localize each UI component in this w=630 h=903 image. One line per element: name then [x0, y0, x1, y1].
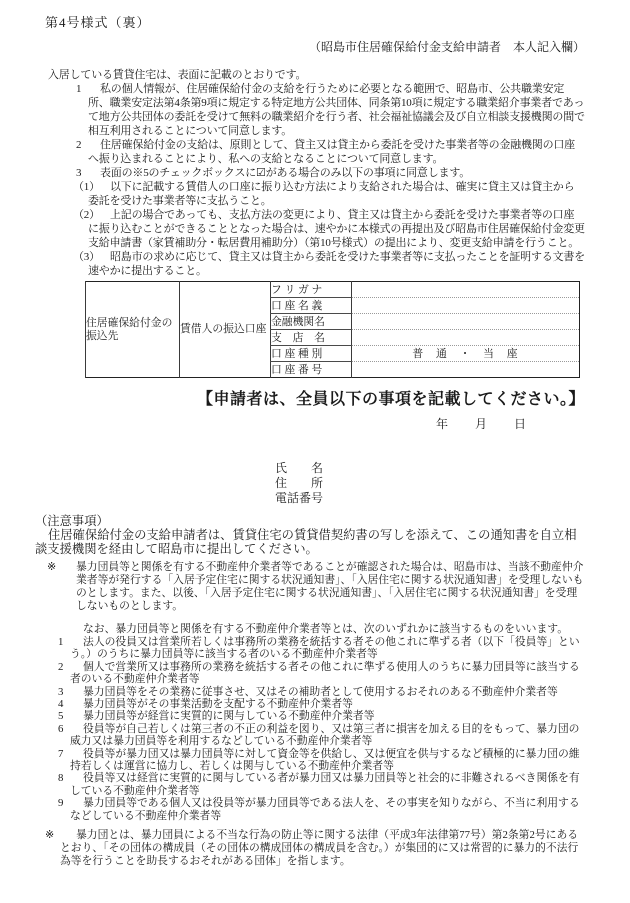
note-gang-brokers: ※暴力団員等と関係を有する不動産仲介業者等であることが確認された場合は、昭島市は…: [45, 561, 585, 613]
consent-subitem-2: （2）上記の場合であっても、支払方法の変更により、貸主又は貸主から委託を受けた事…: [45, 208, 585, 250]
account-type-label: 口 座 種 別: [271, 346, 352, 362]
note-item-number: 6: [58, 723, 83, 735]
note-item-2: 2個人で営業所又は事務所の業務を統括する者その他これに準ずる使用人のうちに暴力団…: [45, 661, 585, 686]
consent-section: 入居している賃貸住宅は、表面に記載のとおりです。 1私の個人情報が、住居確保給付…: [45, 68, 585, 278]
applicant-fields: 氏 名 住 所 電話番号: [275, 461, 585, 506]
consent-intro: 入居している賃貸住宅は、表面に記載のとおりです。: [45, 68, 585, 82]
account-holder-label: 口 座 名 義: [271, 298, 352, 314]
branch-name-field[interactable]: [352, 330, 580, 346]
note-gang-brokers-text: 暴力団員等と関係を有する不動産仲介業者等であることが確認された場合は、昭島市は、…: [76, 561, 583, 612]
consent-item-3-text: 表面の※5のチェックボックスに☑がある場合のみ以下の事項に同意します。: [100, 167, 470, 179]
payee-header-cell: 住居確保給付金の振込先: [86, 282, 180, 378]
bank-name-label: 金融機関名: [271, 314, 352, 330]
note-item-number: 5: [58, 710, 83, 722]
form-subtitle: （昭島市住居確保給付金支給申請者 本人記入欄）: [45, 39, 585, 55]
note-item-8-text: 役員等又は経営に実質的に関与している者が暴力団又は暴力団員等と社会的に非難される…: [70, 772, 580, 796]
subitem-number: （1）: [73, 180, 110, 194]
account-holder-field[interactable]: [352, 298, 580, 314]
account-table: 住居確保給付金の振込先 賃借人の振込口座 フ リ ガ ナ 口 座 名 義 金融機…: [85, 281, 580, 378]
note-item-7: 7役員等が暴力団又は暴力団員等に対して資金等を供給し、又は便宜を供与するなど積極…: [45, 748, 585, 773]
asterisk-marker: ※: [47, 561, 76, 574]
consent-subitem-3: （3）昭島市の求めに応じて、貸主又は貸主から委託を受けた事業者等に支払ったことを…: [45, 250, 585, 278]
note-item-1: 1法人の役員又は営業所若しくは事務所の業務を統括する者その他これに準ずる者（以下…: [45, 636, 585, 661]
note-gang-brokers-sub-intro: なお、暴力団員等と関係を有する不動産仲介業者等とは、次のいずれかに該当するものを…: [83, 623, 585, 636]
note-gang-definition-text: 暴力団とは、暴力団員による不当な行為の防止等に関する法律（平成3年法律第77号）…: [60, 829, 578, 867]
note-item-number: 2: [58, 661, 83, 673]
consent-item-3: 3表面の※5のチェックボックスに☑がある場合のみ以下の事項に同意します。: [45, 166, 585, 180]
note-item-6-text: 役員等が自己若しくは第三者の不正の利益を図り、又は第三者に損害を加える目的をもっ…: [70, 723, 579, 747]
note-item-9-text: 暴力団員等である個人又は役員等が暴力団員等である法人を、その事実を知りながら、不…: [70, 797, 580, 821]
consent-item-1: 1私の個人情報が、住居確保給付金の支給を行うために必要となる範囲で、昭島市、公共…: [45, 82, 585, 138]
consent-subitem-2-text: 上記の場合であっても、支払方法の変更により、貸主又は貸主から委託を受けた事業者等…: [88, 209, 585, 249]
furigana-label: フ リ ガ ナ: [271, 282, 352, 298]
account-number-label: 口 座 番 号: [271, 362, 352, 378]
item-number: 2: [76, 138, 100, 152]
note-item-8: 8役員等又は経営に実質的に関与している者が暴力団又は暴力団員等と社会的に非難され…: [45, 772, 585, 797]
note-item-9: 9暴力団員等である個人又は役員等が暴力団員等である法人を、その事実を知りながら、…: [45, 797, 585, 822]
consent-subitem-1-text: 以下に記載する賃借人の口座に振り込む方法により支給された場合は、確実に貸主又は貸…: [88, 181, 574, 207]
consent-item-2: 2住居確保給付金の支給は、原則として、貸主又は貸主から委託を受けた事業者等の金融…: [45, 138, 585, 166]
asterisk-marker: ※: [45, 829, 76, 842]
note-item-2-text: 個人で営業所又は事務所の業務を統括する者その他これに準ずる使用人のうちに暴力団員…: [70, 661, 580, 685]
note-item-5-text: 暴力団員等が経営に実質的に関与している不動産仲介業者等: [83, 710, 375, 722]
item-number: 1: [76, 82, 100, 96]
phone-field-label[interactable]: 電話番号: [275, 491, 585, 506]
notes-section: ※暴力団員等と関係を有する不動産仲介業者等であることが確認された場合は、昭島市は…: [45, 561, 585, 868]
note-item-5: 5暴力団員等が経営に実質的に関与している不動産仲介業者等: [45, 710, 585, 722]
name-field-label[interactable]: 氏 名: [275, 461, 585, 476]
consent-subitem-3-text: 昭島市の求めに応じて、貸主又は貸主から委託を受けた事業者等に支払ったことを証明す…: [88, 251, 585, 277]
date-line[interactable]: 年 月 日: [45, 417, 585, 432]
subitem-number: （2）: [73, 208, 110, 222]
consent-subitem-1: （1）以下に記載する賃借人の口座に振り込む方法により支給された場合は、確実に貸主…: [45, 180, 585, 208]
consent-item-1-text: 私の個人情報が、住居確保給付金の支給を行うために必要となる範囲で、昭島市、公共職…: [88, 83, 585, 137]
item-number: 3: [76, 166, 100, 180]
account-number-field[interactable]: [352, 362, 580, 378]
notes-heading: （注意事項）: [35, 514, 585, 528]
note-item-number: 1: [58, 636, 83, 648]
notes-intro: 住居確保給付金の支給申請者は、賃貸住宅の賃貸借契約書の写しを添えて、この通知書を…: [35, 528, 585, 556]
address-field-label[interactable]: 住 所: [275, 476, 585, 491]
subitem-number: （3）: [73, 250, 110, 264]
note-item-number: 8: [58, 772, 83, 784]
note-item-4: 4暴力団員等がその事業活動を支配する不動産仲介業者等: [45, 698, 585, 710]
bank-name-field[interactable]: [352, 314, 580, 330]
account-type-choice[interactable]: 普 通 ・ 当 座: [352, 346, 580, 362]
note-item-number: 3: [58, 686, 83, 698]
note-item-4-text: 暴力団員等がその事業活動を支配する不動産仲介業者等: [83, 698, 353, 710]
note-item-3-text: 暴力団員等をその業務に従事させ、又はその補助者として使用するおそれのある不動産仲…: [83, 686, 558, 698]
furigana-field[interactable]: [352, 282, 580, 298]
note-item-number: 4: [58, 698, 83, 710]
form-page: 第4号様式（裏） （昭島市住居確保給付金支給申請者 本人記入欄） 入居している賃…: [0, 0, 630, 903]
note-item-number: 7: [58, 748, 83, 760]
note-item-7-text: 役員等が暴力団又は暴力団員等に対して資金等を供給し、又は便宜を供与するなど積極的…: [70, 748, 580, 772]
consent-item-2-text: 住居確保給付金の支給は、原則として、貸主又は貸主から委託を受けた事業者等の金融機…: [88, 139, 575, 165]
applicant-instruction: 【申請者は、全員以下の事項を記載してください。】: [45, 390, 585, 410]
note-item-number: 9: [58, 797, 83, 809]
tenant-account-header-cell: 賃借人の振込口座: [180, 282, 271, 378]
note-item-3: 3暴力団員等をその業務に従事させ、又はその補助者として使用するおそれのある不動産…: [45, 686, 585, 698]
note-item-1-text: 法人の役員又は営業所若しくは事務所の業務を統括する者その他これに準ずる者（以下「…: [70, 636, 580, 660]
note-gang-definition: ※暴力団とは、暴力団員による不当な行為の防止等に関する法律（平成3年法律第77号…: [60, 829, 585, 868]
form-number: 第4号様式（裏）: [45, 14, 585, 32]
branch-name-label: 支 店 名: [271, 330, 352, 346]
note-item-6: 6役員等が自己若しくは第三者の不正の利益を図り、又は第三者に損害を加える目的をも…: [45, 723, 585, 748]
